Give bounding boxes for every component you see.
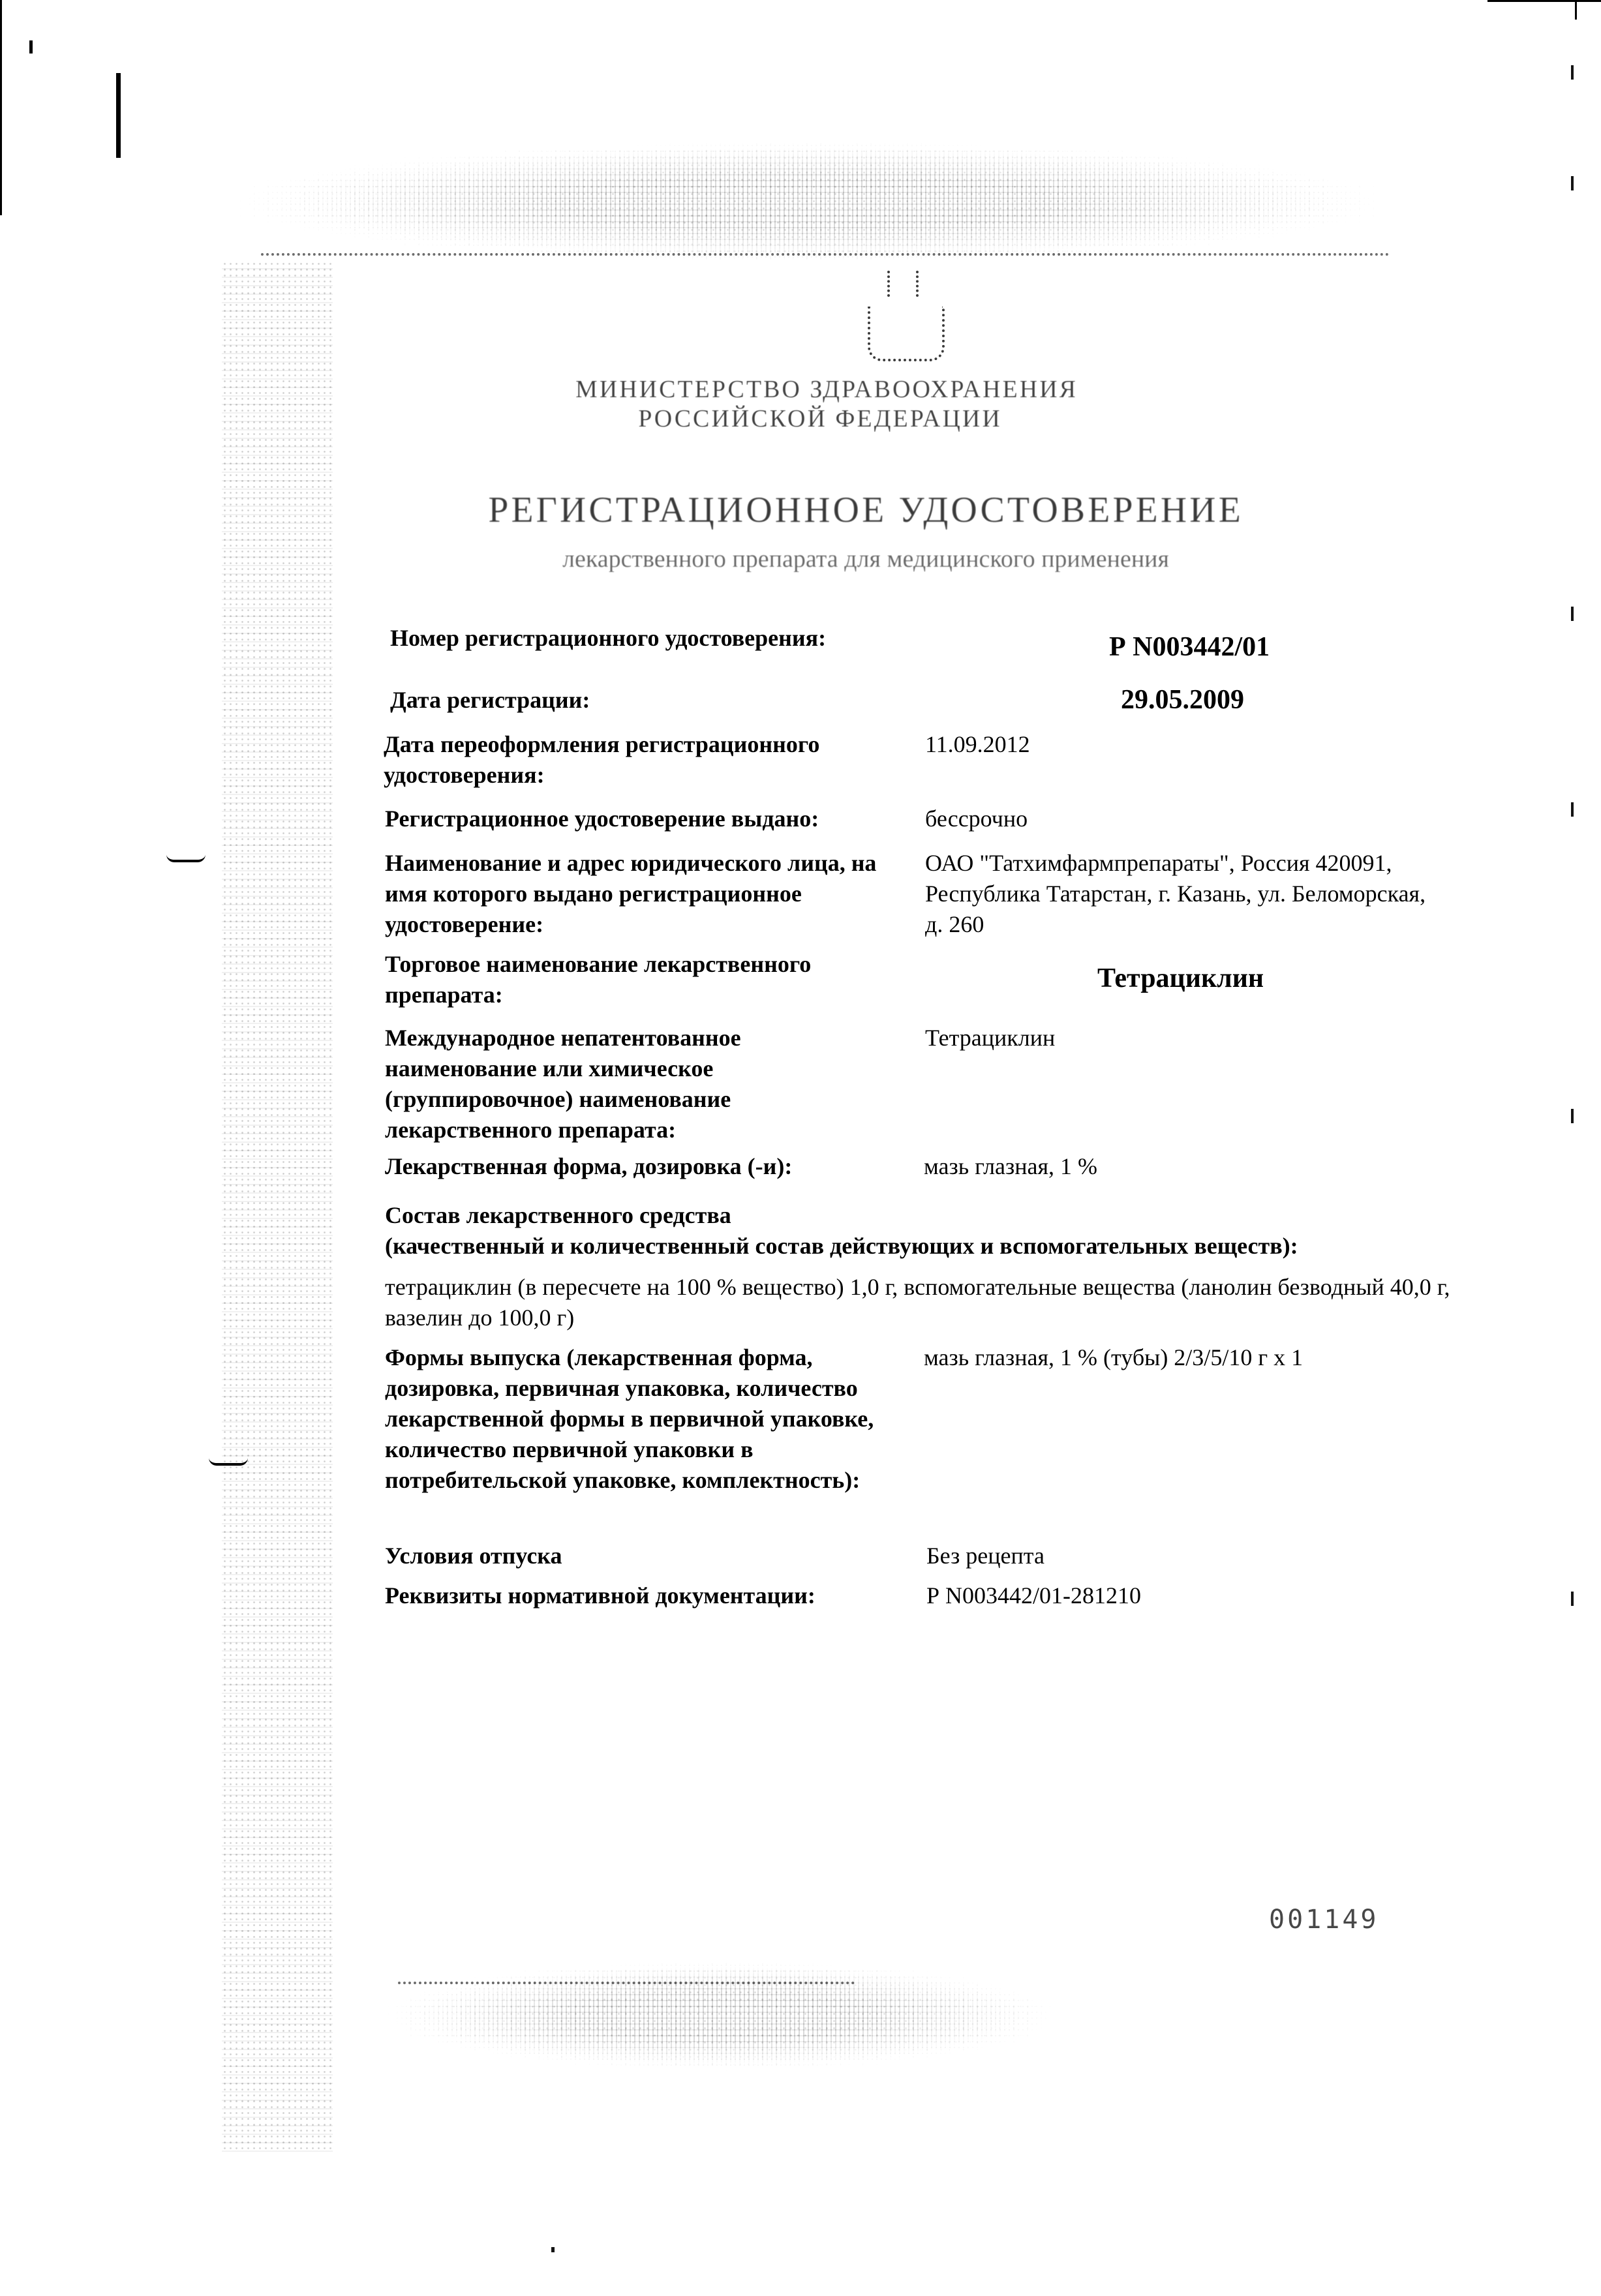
field-label: Реквизиты нормативной документации:	[385, 1580, 907, 1611]
field-label: Условия отпуска	[385, 1541, 881, 1571]
field-value: Р N003442/01-281210	[926, 1580, 1514, 1611]
scan-speck	[1571, 802, 1574, 817]
scan-mark	[29, 40, 33, 53]
scan-speck	[551, 2247, 555, 2252]
scan-speck	[1571, 1109, 1574, 1123]
field-composition: Состав лекарственного средства (качестве…	[385, 1200, 1494, 1333]
scan-speck	[1571, 1592, 1574, 1606]
composition-text: тетрациклин (в пересчете на 100 % вещест…	[385, 1272, 1461, 1333]
field-value: 11.09.2012	[925, 729, 1512, 760]
field-label: Регистрационное удостоверение выдано:	[385, 804, 907, 834]
field-value: мазь глазная, 1 %	[924, 1151, 1511, 1182]
security-pattern-bottom	[378, 1960, 1063, 2071]
field-value: Тетрациклин	[1097, 963, 1601, 994]
composition-label-detail: (качественный и количественный состав де…	[385, 1231, 1494, 1261]
scan-speck	[1571, 65, 1574, 80]
field-value: Р N003442/01	[1109, 632, 1601, 663]
field-value: бессрочно	[925, 804, 1512, 834]
field-label: Дата переоформления регистрационного удо…	[384, 729, 892, 791]
field-value: Без рецепта	[926, 1541, 1514, 1571]
field-label: Международное непатентованное наименован…	[385, 1023, 855, 1145]
top-rule	[261, 253, 1390, 256]
document-title: РЕГИСТРАЦИОННОЕ УДОСТОВЕРЕНИЕ	[0, 489, 1601, 531]
field-label: Наименование и адрес юридического лица, …	[385, 848, 907, 940]
field-label: Номер регистрационного удостоверения:	[390, 623, 886, 654]
scan-top-edge	[1487, 0, 1601, 2]
ministry-name: МИНИСТЕРСТВО ЗДРАВООХРАНЕНИЯ	[0, 375, 1601, 404]
coat-of-arms-icon	[887, 271, 919, 297]
field-label: Торговое наименование лекарственного пре…	[385, 949, 881, 1010]
field-label: Лекарственная форма, дозировка (-и):	[385, 1151, 907, 1182]
field-value: мазь глазная, 1 % (тубы) 2/3/5/10 г х 1	[924, 1342, 1511, 1373]
coat-of-arms-icon	[868, 307, 945, 361]
scan-mark	[116, 73, 121, 158]
document-subtitle: лекарственного препарата для медицинског…	[0, 545, 1601, 573]
bottom-rule	[398, 1982, 855, 1984]
scan-edge-line	[1575, 0, 1577, 20]
field-label: Дата регистрации:	[390, 685, 886, 716]
ministry-country: РОССИЙСКОЙ ФЕДЕРАЦИИ	[0, 404, 1601, 433]
serial-number: 001149	[1269, 1905, 1379, 1935]
field-value: ОАО "Татхимфармпрепараты", Россия 420091…	[925, 848, 1441, 940]
field-value: Тетрациклин	[925, 1023, 1512, 1053]
scan-speck	[1571, 176, 1574, 190]
composition-label: Состав лекарственного средства	[385, 1200, 1494, 1231]
scan-speck	[1571, 607, 1574, 621]
pen-mark	[166, 854, 206, 862]
field-label: Формы выпуска (лекарственная форма, дози…	[385, 1342, 900, 1496]
security-pattern-top	[222, 140, 1396, 264]
scan-edge-line	[0, 0, 2, 215]
field-value: 29.05.2009	[1121, 685, 1601, 716]
